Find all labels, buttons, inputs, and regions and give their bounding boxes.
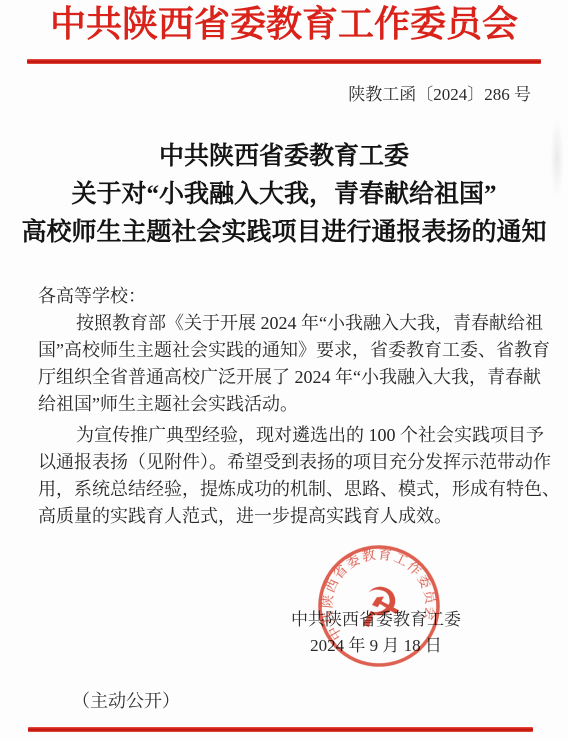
paragraph-2-line: 以通报表扬（见附件）。希望受到表扬的项目充分发挥示范带动作 — [38, 449, 536, 476]
scan-artifact — [550, 118, 564, 198]
salutation: 各高等学校： — [38, 283, 536, 310]
notice-title-line-3: 高校师生主题社会实践项目进行通报表扬的通知 — [0, 214, 568, 252]
document-body: 各高等学校： 按照教育部《关于开展 2024 年“小我融入大我，青春献给祖 国”… — [38, 283, 536, 530]
document-page: 中共陕西省委教育工作委员会 陕教工函〔2024〕286 号 中共陕西省委教育工委… — [0, 0, 568, 740]
official-seal: 中共陕西省委教育工作委员会 ☭ — [300, 527, 458, 685]
notice-title-line-2: 关于对“小我融入大我，青春献给祖国” — [0, 176, 568, 214]
paragraph-2: 为宣传推广典型经验，现对遴选出的 100 个社会实践项目予 以通报表扬（见附件）… — [38, 422, 536, 530]
paragraph-1: 按照教育部《关于开展 2024 年“小我融入大我，青春献给祖 国”高校师生主题社… — [38, 310, 536, 418]
disclosure-note: （主动公开） — [72, 689, 180, 713]
paragraph-1-line: 给祖国”师生主题社会实践活动。 — [38, 391, 536, 418]
paragraph-2-line: 用，系统总结经验，提炼成功的机制、思路、模式，形成有特色、 — [38, 476, 536, 503]
footer-divider — [28, 727, 533, 732]
signature-date: 2024 年 9 月 18 日 — [266, 634, 486, 658]
paragraph-1-line: 按照教育部《关于开展 2024 年“小我融入大我，青春献给祖 — [38, 310, 536, 337]
header-divider — [27, 59, 541, 64]
paragraph-2-line: 为宣传推广典型经验，现对遴选出的 100 个社会实践项目予 — [38, 422, 536, 449]
notice-title: 中共陕西省委教育工委 关于对“小我融入大我，青春献给祖国” 高校师生主题社会实践… — [0, 138, 568, 252]
paragraph-2-line: 高质量的实践育人范式，进一步提高实践育人成效。 — [38, 503, 536, 530]
doc-number: 陕教工函〔2024〕286 号 — [348, 84, 531, 106]
notice-title-line-1: 中共陕西省委教育工委 — [0, 138, 568, 176]
paragraph-1-line: 厅组织全省普通高校广泛开展了 2024 年“小我融入大我，青春献 — [38, 364, 536, 391]
signature-org: 中共陕西省委教育工委 — [266, 608, 486, 632]
letterhead-title: 中共陕西省委教育工作委员会 — [0, 2, 568, 46]
paragraph-1-line: 国”高校师生主题社会实践的通知》要求，省委教育工委、省教育 — [38, 337, 536, 364]
